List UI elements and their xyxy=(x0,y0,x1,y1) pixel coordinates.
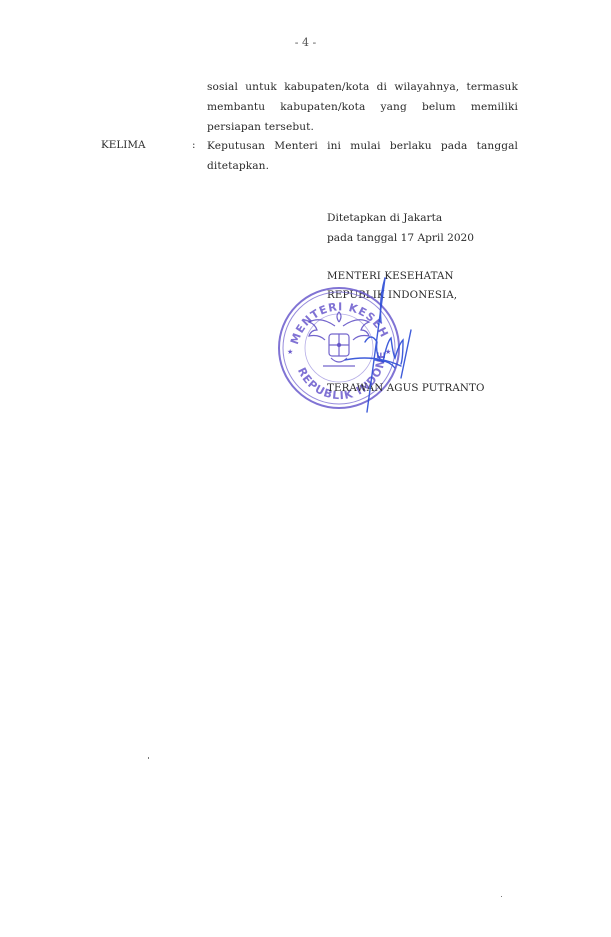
clause-colon: : xyxy=(192,139,196,151)
kelima-line-1: Keputusan Menteri ini mulai berlaku pada… xyxy=(207,140,518,152)
clause-label-kelima: KELIMA xyxy=(101,139,146,151)
scan-speck xyxy=(148,757,149,759)
signature-place: Ditetapkan di Jakarta xyxy=(327,212,442,224)
svg-text:★: ★ xyxy=(287,348,293,356)
page-number: - 4 - xyxy=(0,36,611,49)
signature-scribble-icon xyxy=(315,270,435,420)
kelima-line-2: ditetapkan. xyxy=(207,160,269,172)
continuation-line-3: persiapan tersebut. xyxy=(207,121,314,133)
scan-speck xyxy=(501,896,502,897)
continuation-line-1: sosial untuk kabupaten/kota di wilayahny… xyxy=(207,81,518,93)
signature-date: pada tanggal 17 April 2020 xyxy=(327,232,474,244)
handwritten-signature xyxy=(315,270,435,420)
continuation-line-2: membantu kabupaten/kota yang belum memil… xyxy=(207,101,518,113)
